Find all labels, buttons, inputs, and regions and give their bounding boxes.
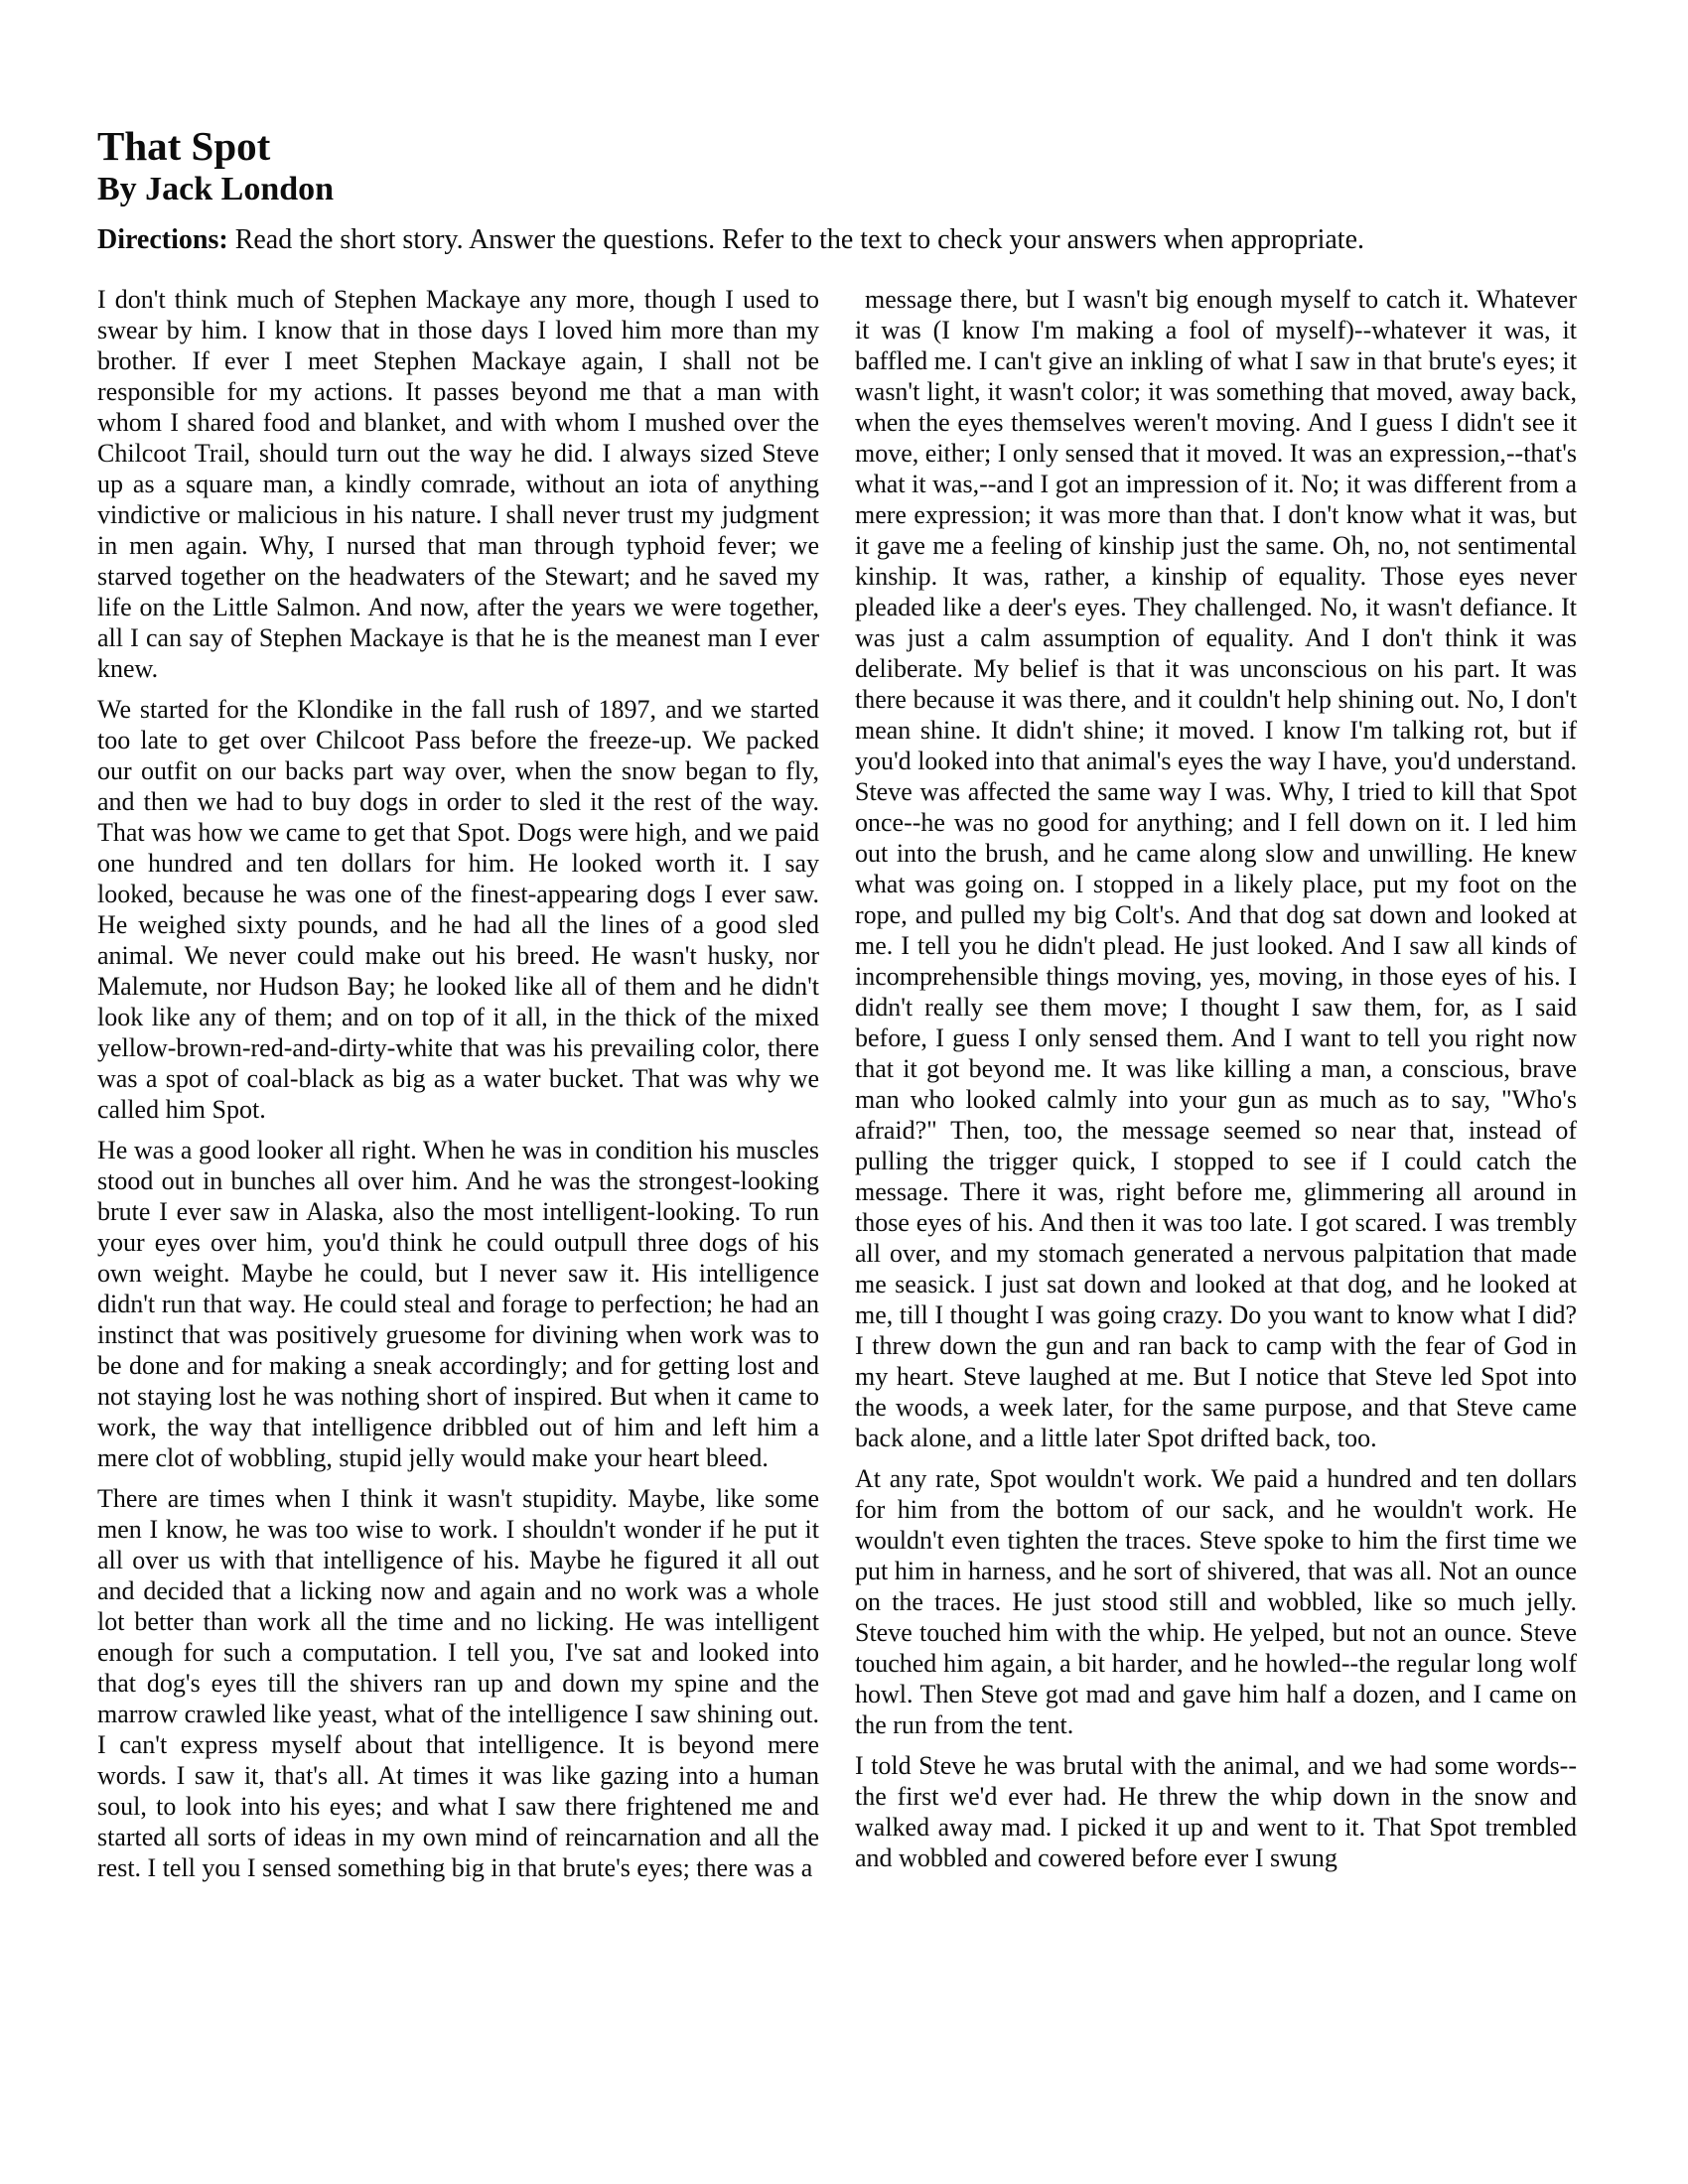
paragraph-4-continuation: message there, but I wasn't big enough m…	[855, 284, 1577, 1453]
paragraph-5: At any rate, Spot wouldn't work. We paid…	[855, 1463, 1577, 1740]
paragraph-4: There are times when I think it wasn't s…	[97, 1483, 819, 1883]
directions: Directions: Read the short story. Answer…	[97, 223, 1577, 256]
paragraph-2: We started for the Klondike in the fall …	[97, 694, 819, 1125]
paragraph-1: I don't think much of Stephen Mackaye an…	[97, 284, 819, 684]
page-title: That Spot	[97, 125, 1577, 168]
document-page: That Spot By Jack London Directions: Rea…	[0, 0, 1688, 2184]
paragraph-3: He was a good looker all right. When he …	[97, 1135, 819, 1473]
directions-text: Read the short story. Answer the questio…	[228, 224, 1364, 255]
left-column: I don't think much of Stephen Mackaye an…	[97, 284, 819, 1893]
paragraph-6: I told Steve he was brutal with the anim…	[855, 1750, 1577, 1873]
directions-label: Directions:	[97, 224, 228, 255]
story-byline: By Jack London	[97, 171, 1577, 207]
right-column: message there, but I wasn't big enough m…	[855, 284, 1577, 1893]
story-columns: I don't think much of Stephen Mackaye an…	[97, 284, 1577, 1893]
